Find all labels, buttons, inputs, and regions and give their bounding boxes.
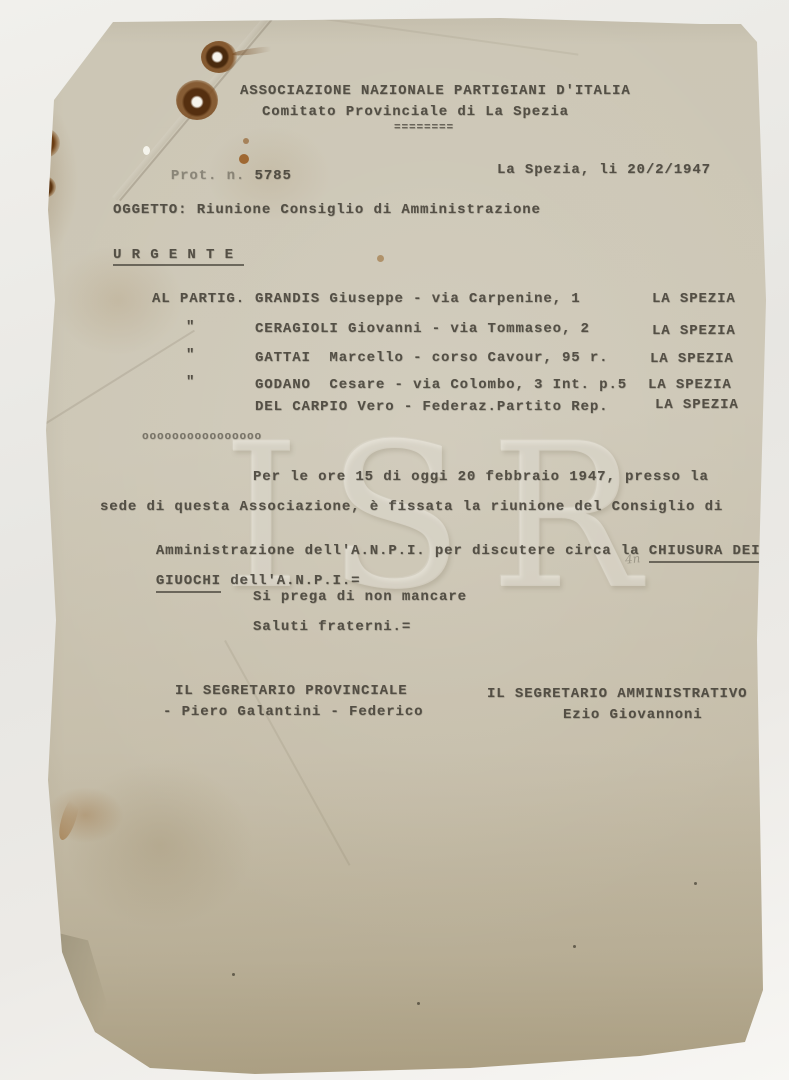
recipient-name: GRANDIS Giuseppe - via Carpenine, 1 bbox=[255, 292, 581, 306]
speck bbox=[417, 1002, 420, 1005]
speck bbox=[232, 973, 235, 976]
body-line: Saluti fraterni.= bbox=[253, 620, 411, 634]
burn-hole bbox=[201, 41, 237, 73]
folded-corner bbox=[46, 930, 116, 1060]
recipient-city: LA SPEZIA bbox=[650, 352, 734, 366]
body-text: dell'A.N.P.I.= bbox=[221, 573, 361, 589]
signature-left-title: IL SEGRETARIO PROVINCIALE bbox=[175, 684, 408, 698]
body-text-underlined: GIUOCHI bbox=[156, 573, 221, 593]
recipient-name: DEL CARPIO Vero - Federaz.Partito Rep. bbox=[255, 400, 608, 414]
crease-line bbox=[225, 640, 351, 866]
body-line: Per le ore 15 di oggi 20 febbraio 1947, … bbox=[253, 470, 709, 484]
burn-hole bbox=[176, 80, 218, 120]
recipient-city: LA SPEZIA bbox=[648, 378, 732, 392]
body-text-underlined: CHIUSURA DEI bbox=[649, 543, 775, 563]
burn-stain bbox=[32, 176, 56, 198]
stain-dot bbox=[377, 255, 384, 262]
stain-streak bbox=[55, 794, 83, 842]
recipient-prefix: " bbox=[186, 320, 195, 334]
typed-divider: oooooooooooooooo bbox=[142, 432, 262, 443]
body-text: Amministrazione dell'A.N.P.I. per discut… bbox=[156, 543, 649, 559]
recipient-prefix: AL PARTIG. bbox=[152, 292, 245, 306]
header-separator: ======== bbox=[394, 123, 454, 134]
burn-stain bbox=[28, 128, 60, 158]
signature-right-title: IL SEGRETARIO AMMINISTRATIVO bbox=[487, 687, 747, 701]
org-title: ASSOCIAZIONE NAZIONALE PARTIGIANI D'ITAL… bbox=[240, 84, 631, 98]
recipient-city: LA SPEZIA bbox=[655, 398, 739, 412]
body-line: Si prega di non mancare bbox=[253, 590, 467, 604]
signature-right-name: Ezio Giovannoni bbox=[563, 708, 703, 722]
body-line: sede di questa Associazione, è fissata l… bbox=[100, 500, 723, 514]
recipient-prefix: " bbox=[186, 375, 195, 389]
recipient-prefix: " bbox=[186, 348, 195, 362]
protocol-value bbox=[245, 168, 254, 184]
protocol-label: Prot. n. bbox=[171, 168, 245, 184]
org-subtitle: Comitato Provinciale di La Spezia bbox=[262, 105, 569, 119]
paper-hole bbox=[38, 522, 44, 530]
paper-sheet: ISR ASSOCIAZIONE NAZIONALE PARTIGIANI D'… bbox=[0, 0, 789, 1080]
recipient-city: LA SPEZIA bbox=[652, 292, 736, 306]
protocol-value-number: 5785 bbox=[255, 168, 292, 184]
paper-hole bbox=[143, 146, 150, 155]
scanned-document: ISR ASSOCIAZIONE NAZIONALE PARTIGIANI D'… bbox=[0, 0, 789, 1080]
pencil-note: 4n bbox=[624, 551, 641, 567]
crease-line bbox=[242, 6, 579, 55]
recipient-city: LA SPEZIA bbox=[652, 324, 736, 338]
speck bbox=[573, 945, 576, 948]
recipient-name: GODANO Cesare - via Colombo, 3 Int. p.5 bbox=[255, 378, 627, 392]
subject-line: OGGETTO: Riunione Consiglio di Amministr… bbox=[113, 203, 541, 217]
paper-hole bbox=[36, 292, 43, 302]
crease-line bbox=[29, 330, 194, 434]
speck bbox=[694, 882, 697, 885]
protocol-number: Prot. n. 5785 bbox=[115, 155, 292, 197]
stain-dot bbox=[243, 138, 249, 144]
paper-hole bbox=[38, 306, 43, 312]
place-date: La Spezia, li 20/2/1947 bbox=[497, 163, 711, 177]
urgency-label: U R G E N T E bbox=[113, 248, 244, 266]
signature-left-name: - Piero Galantini - Federico bbox=[163, 705, 423, 719]
recipient-name: GATTAI Marcello - corso Cavour, 95 r. bbox=[255, 351, 608, 365]
recipient-name: CERAGIOLI Giovanni - via Tommaseo, 2 bbox=[255, 322, 590, 336]
